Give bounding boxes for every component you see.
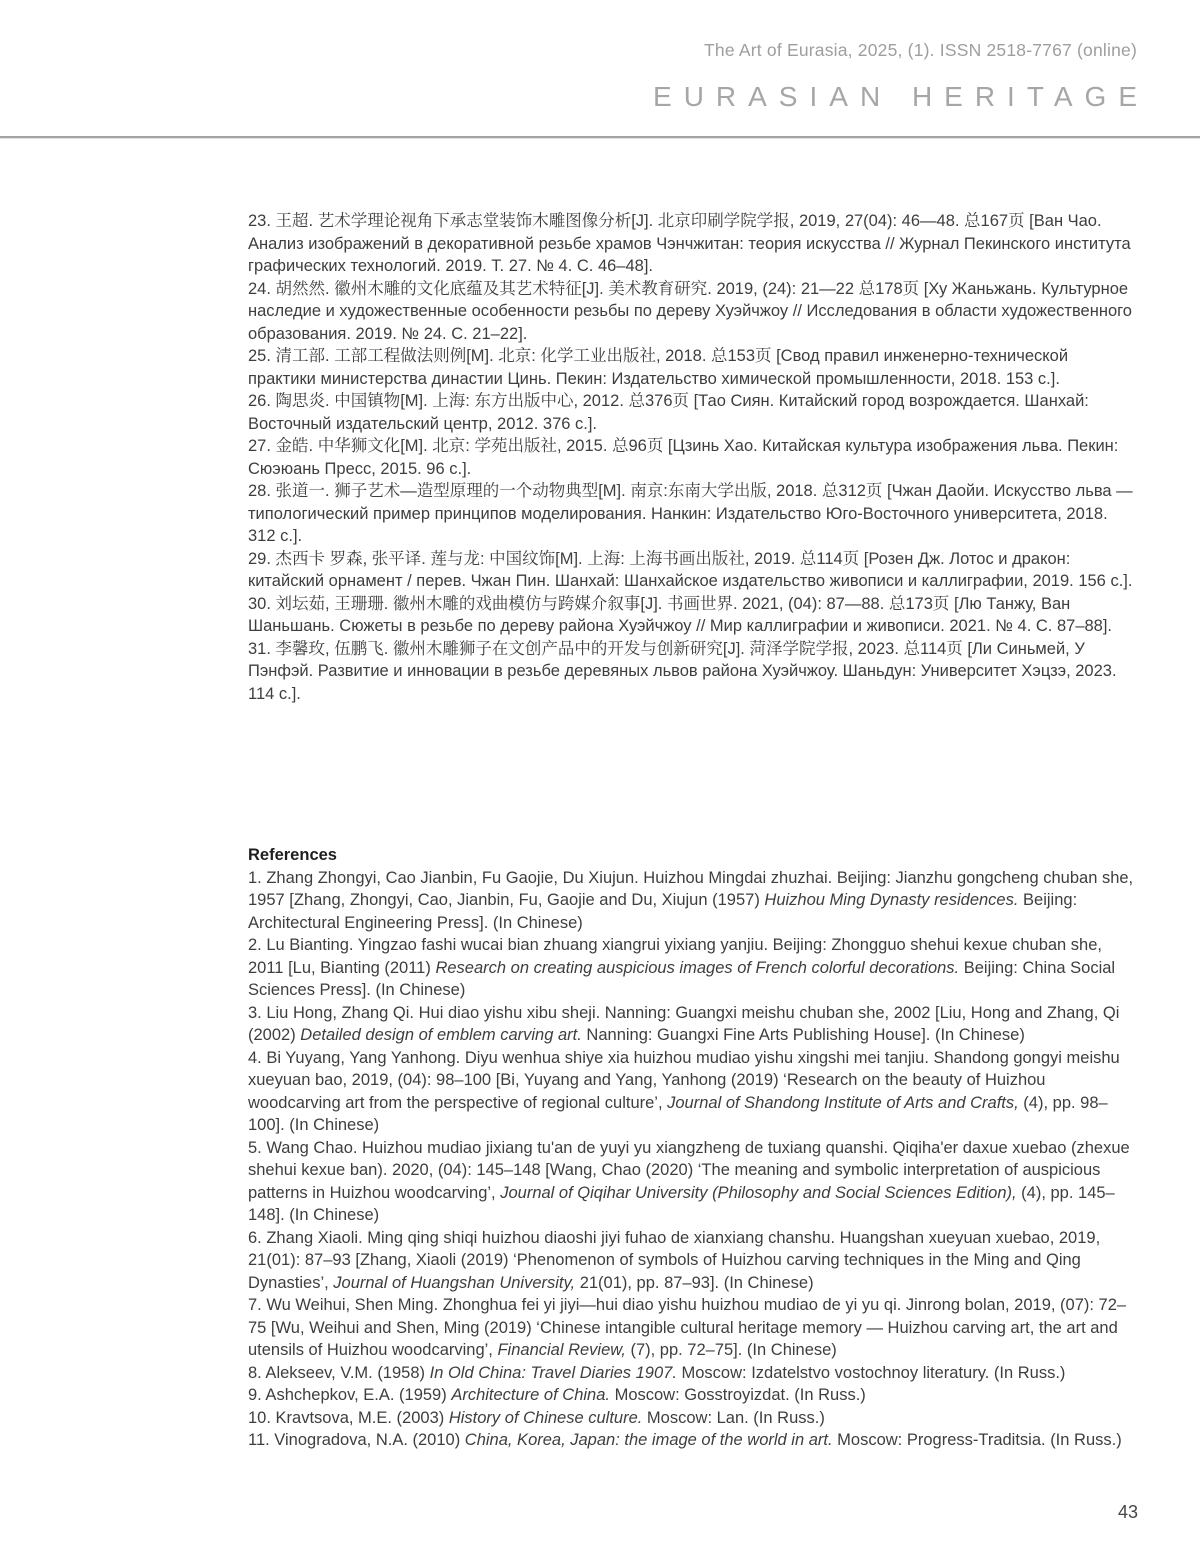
bibliography-entry: 27. 金皓. 中华狮文化[M]. 北京: 学苑出版社, 2015. 总96页 …	[248, 435, 1138, 480]
reference-text-segment: Moscow: Progress-Traditsia. (In Russ.)	[833, 1431, 1122, 1449]
reference-text-segment: 11. Vinogradova, N.A. (2010)	[248, 1431, 465, 1449]
page-number: 43	[1118, 1502, 1138, 1523]
reference-text-segment: Journal of Huangshan University,	[333, 1274, 575, 1292]
reference-text-segment: China, Korea, Japan: the image of the wo…	[465, 1431, 833, 1449]
reference-entry: 7. Wu Weihui, Shen Ming. Zhonghua fei yi…	[248, 1294, 1138, 1362]
references-list: 1. Zhang Zhongyi, Cao Jianbin, Fu Gaojie…	[248, 867, 1138, 1452]
reference-text-segment: Journal of Qiqihar University (Philosoph…	[500, 1184, 1016, 1202]
bibliography-section-cn-ru: 23. 王超. 艺术学理论视角下承志堂装饰木雕图像分析[J]. 北京印刷学院学报…	[248, 210, 1138, 772]
reference-text-segment: Huizhou Ming Dynasty residences.	[764, 891, 1018, 909]
reference-text-segment: Architecture of China.	[451, 1386, 610, 1404]
journal-page: The Art of Eurasia, 2025, (1). ISSN 2518…	[0, 0, 1200, 1555]
page-header: The Art of Eurasia, 2025, (1). ISSN 2518…	[653, 40, 1137, 113]
reference-text-segment: 10. Kravtsova, M.E. (2003)	[248, 1409, 449, 1427]
reference-entry: 1. Zhang Zhongyi, Cao Jianbin, Fu Gaojie…	[248, 867, 1138, 935]
journal-masthead: EURASIAN HERITAGE	[653, 81, 1149, 113]
reference-text-segment: Moscow: Izdatelstvo vostochnoy literatur…	[677, 1364, 1066, 1382]
reference-text-segment: 21(01), pp. 87–93]. (In Chinese)	[575, 1274, 813, 1292]
reference-text-segment: Nanning: Guangxi Fine Arts Publishing Ho…	[582, 1026, 1025, 1044]
reference-entry: 8. Alekseev, V.M. (1958) In Old China: T…	[248, 1362, 1138, 1385]
reference-entry: 2. Lu Bianting. Yingzao fashi wucai bian…	[248, 934, 1138, 1002]
reference-text-segment: Research on creating auspicious images o…	[435, 959, 959, 977]
article-content: 23. 王超. 艺术学理论视角下承志堂装饰木雕图像分析[J]. 北京印刷学院学报…	[248, 210, 1138, 1452]
bibliography-entry: 28. 张道一. 狮子艺术—造型原理的一个动物典型[M]. 南京:东南大学出版,…	[248, 480, 1138, 548]
reference-text-segment: In Old China: Travel Diaries 1907.	[430, 1364, 677, 1382]
journal-issue-line: The Art of Eurasia, 2025, (1). ISSN 2518…	[653, 40, 1137, 60]
reference-text-segment: Detailed design of emblem carving art.	[300, 1026, 582, 1044]
references-section: References 1. Zhang Zhongyi, Cao Jianbin…	[248, 844, 1138, 1452]
reference-entry: 9. Ashchepkov, E.A. (1959) Architecture …	[248, 1384, 1138, 1407]
reference-text-segment: 8. Alekseev, V.M. (1958)	[248, 1364, 430, 1382]
reference-text-segment: 9. Ashchepkov, E.A. (1959)	[248, 1386, 451, 1404]
bibliography-entry: 31. 李馨玫, 伍鹏飞. 徽州木雕狮子在文创产品中的开发与创新研究[J]. 菏…	[248, 638, 1138, 706]
reference-text-segment: Journal of Shandong Institute of Arts an…	[667, 1094, 1019, 1112]
bibliography-entry: 29. 杰西卡 罗森, 张平译. 莲与龙: 中国纹饰[M]. 上海: 上海书画出…	[248, 548, 1138, 593]
reference-entry: 3. Liu Hong, Zhang Qi. Hui diao yishu xi…	[248, 1002, 1138, 1047]
reference-entry: 11. Vinogradova, N.A. (2010) China, Kore…	[248, 1429, 1138, 1452]
reference-text-segment: (7), pp. 72–75]. (In Chinese)	[626, 1341, 837, 1359]
bibliography-entry: 30. 刘坛茹, 王珊珊. 徽州木雕的戏曲模仿与跨媒介叙事[J]. 书画世界. …	[248, 593, 1138, 638]
references-heading: References	[248, 844, 1138, 867]
bibliography-entry: 25. 清工部. 工部工程做法则例[M]. 北京: 化学工业出版社, 2018.…	[248, 345, 1138, 390]
reference-text-segment: Moscow: Lan. (In Russ.)	[642, 1409, 824, 1427]
reference-entry: 10. Kravtsova, M.E. (2003) History of Ch…	[248, 1407, 1138, 1430]
bibliography-entry: 24. 胡然然. 徽州木雕的文化底蕴及其艺术特征[J]. 美术教育研究. 201…	[248, 278, 1138, 346]
reference-entry: 6. Zhang Xiaoli. Ming qing shiqi huizhou…	[248, 1227, 1138, 1295]
bibliography-entry: 26. 陶思炎. 中国镇物[M]. 上海: 东方出版中心, 2012. 总376…	[248, 390, 1138, 435]
reference-entry: 4. Bi Yuyang, Yang Yanhong. Diyu wenhua …	[248, 1047, 1138, 1137]
reference-text-segment: Financial Review,	[497, 1341, 625, 1359]
reference-entry: 5. Wang Chao. Huizhou mudiao jixiang tu'…	[248, 1137, 1138, 1227]
reference-text-segment: Moscow: Gosstroyizdat. (In Russ.)	[610, 1386, 866, 1404]
bibliography-entry: 23. 王超. 艺术学理论视角下承志堂装饰木雕图像分析[J]. 北京印刷学院学报…	[248, 210, 1138, 278]
header-divider-rule	[0, 136, 1200, 139]
reference-text-segment: History of Chinese culture.	[449, 1409, 643, 1427]
